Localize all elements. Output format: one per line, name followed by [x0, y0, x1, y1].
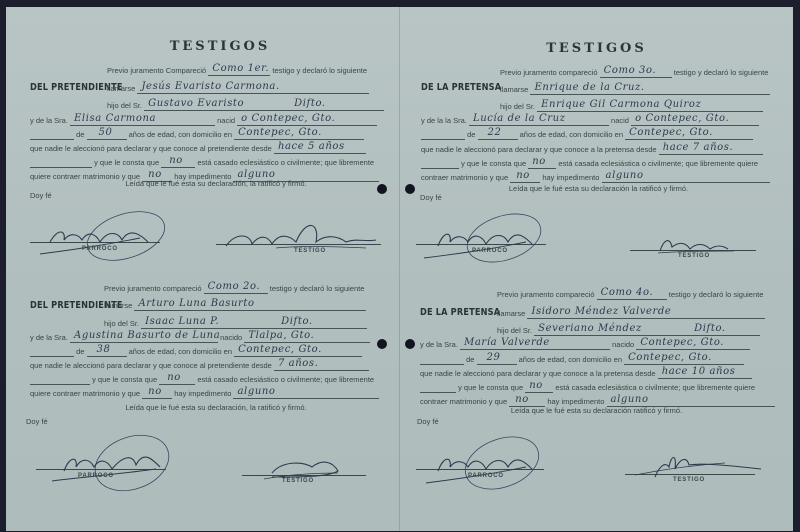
party-label: DE LA PRETENSA	[421, 82, 501, 93]
closing-text: Leída que le fué esta su declaración rat…	[400, 406, 793, 415]
left-page: TESTIGOS DEL PRETENDIENTE Previo juramen…	[6, 7, 398, 531]
doy-fe-label: Doy fé	[417, 417, 439, 426]
married-field: no	[528, 158, 556, 169]
testigo-signature-icon	[630, 235, 760, 265]
known-since-field: hace 5 años	[274, 143, 366, 154]
birthplace-field: o Contepec, Gto.	[631, 115, 759, 126]
age-field: 38	[87, 346, 127, 357]
closing-text: Leída que le fué esta su declaración la …	[402, 184, 795, 193]
witness-order-field: Como 3o.	[600, 67, 672, 78]
birthplace-field: Tlalpa, Gto.	[244, 332, 370, 343]
doy-fe-label: Doy fé	[26, 417, 48, 426]
birthplace-field: o Contepec, Gto.	[237, 115, 377, 126]
mother-field: Lucía de la Cruz	[469, 115, 609, 126]
mother-field: María Valverde	[460, 339, 610, 350]
closing-text: Leída que le fué esta su declaración, la…	[20, 179, 412, 188]
residence-field: Contepec, Gto.	[234, 129, 364, 140]
married-field: no	[525, 382, 553, 393]
impediment-field: no	[142, 388, 172, 399]
parroco-signature-icon	[416, 437, 556, 497]
father-field: Enrique Gil Carmona Quiroz	[537, 101, 763, 112]
age-field: 29	[477, 354, 517, 365]
right-page: TESTIGOS DE LA PRETENSA Previo juramento…	[400, 7, 793, 531]
name-field: Jesús Evaristo Carmona.	[137, 83, 369, 94]
page-title: TESTIGOS	[400, 41, 793, 56]
doy-fe-label: Doy fé	[420, 193, 442, 202]
impediment-value-field: alguno	[602, 172, 770, 183]
witness-order-field: Como 2o.	[204, 283, 268, 294]
residence-field: Contepec, Gto.	[625, 129, 753, 140]
parroco-signature-icon	[416, 214, 556, 264]
age-field: 22	[478, 129, 518, 140]
married-field: no	[161, 157, 195, 168]
parroco-signature-icon	[30, 212, 170, 262]
mother-field: Elisa Carmona	[70, 115, 215, 126]
testigo-signature-icon	[216, 212, 386, 262]
impediment-field: no	[510, 172, 540, 183]
name-field: Arturo Luna Basurto	[134, 300, 366, 311]
closing-text: Leída que le fué esta su declaración, la…	[20, 403, 412, 412]
known-since-field: hace 10 años	[658, 368, 752, 379]
doy-fe-label: Doy fé	[30, 191, 52, 200]
name-field: Isidoro Méndez Valverde	[527, 308, 765, 319]
birthplace-field: Contepec, Gto.	[636, 339, 750, 350]
married-field: no	[159, 374, 195, 385]
witness-order-field: Como 1er.	[208, 65, 270, 76]
page-title: TESTIGOS	[24, 39, 416, 54]
parroco-signature-icon	[36, 435, 186, 495]
father-field: Severiano MéndezDifto.	[534, 325, 760, 336]
known-since-field: 7 años.	[274, 360, 369, 371]
father-field: Gustavo EvaristoDifto.	[144, 100, 384, 111]
witness-order-field: Como 4o.	[597, 289, 667, 300]
father-field: Isaac Luna P.Difto.	[141, 318, 367, 329]
party-label: DE LA PRETENSA	[420, 307, 500, 318]
known-since-field: hace 7 años.	[659, 144, 763, 155]
impediment-value-field: alguno	[233, 388, 379, 399]
residence-field: Contepec, Gto.	[624, 354, 744, 365]
mother-field: Agustina Basurto de Luna	[70, 332, 218, 343]
residence-field: Contepec, Gto.	[234, 346, 362, 357]
age-field: 50	[87, 129, 127, 140]
name-field: Enrique de la Cruz.	[530, 84, 770, 95]
